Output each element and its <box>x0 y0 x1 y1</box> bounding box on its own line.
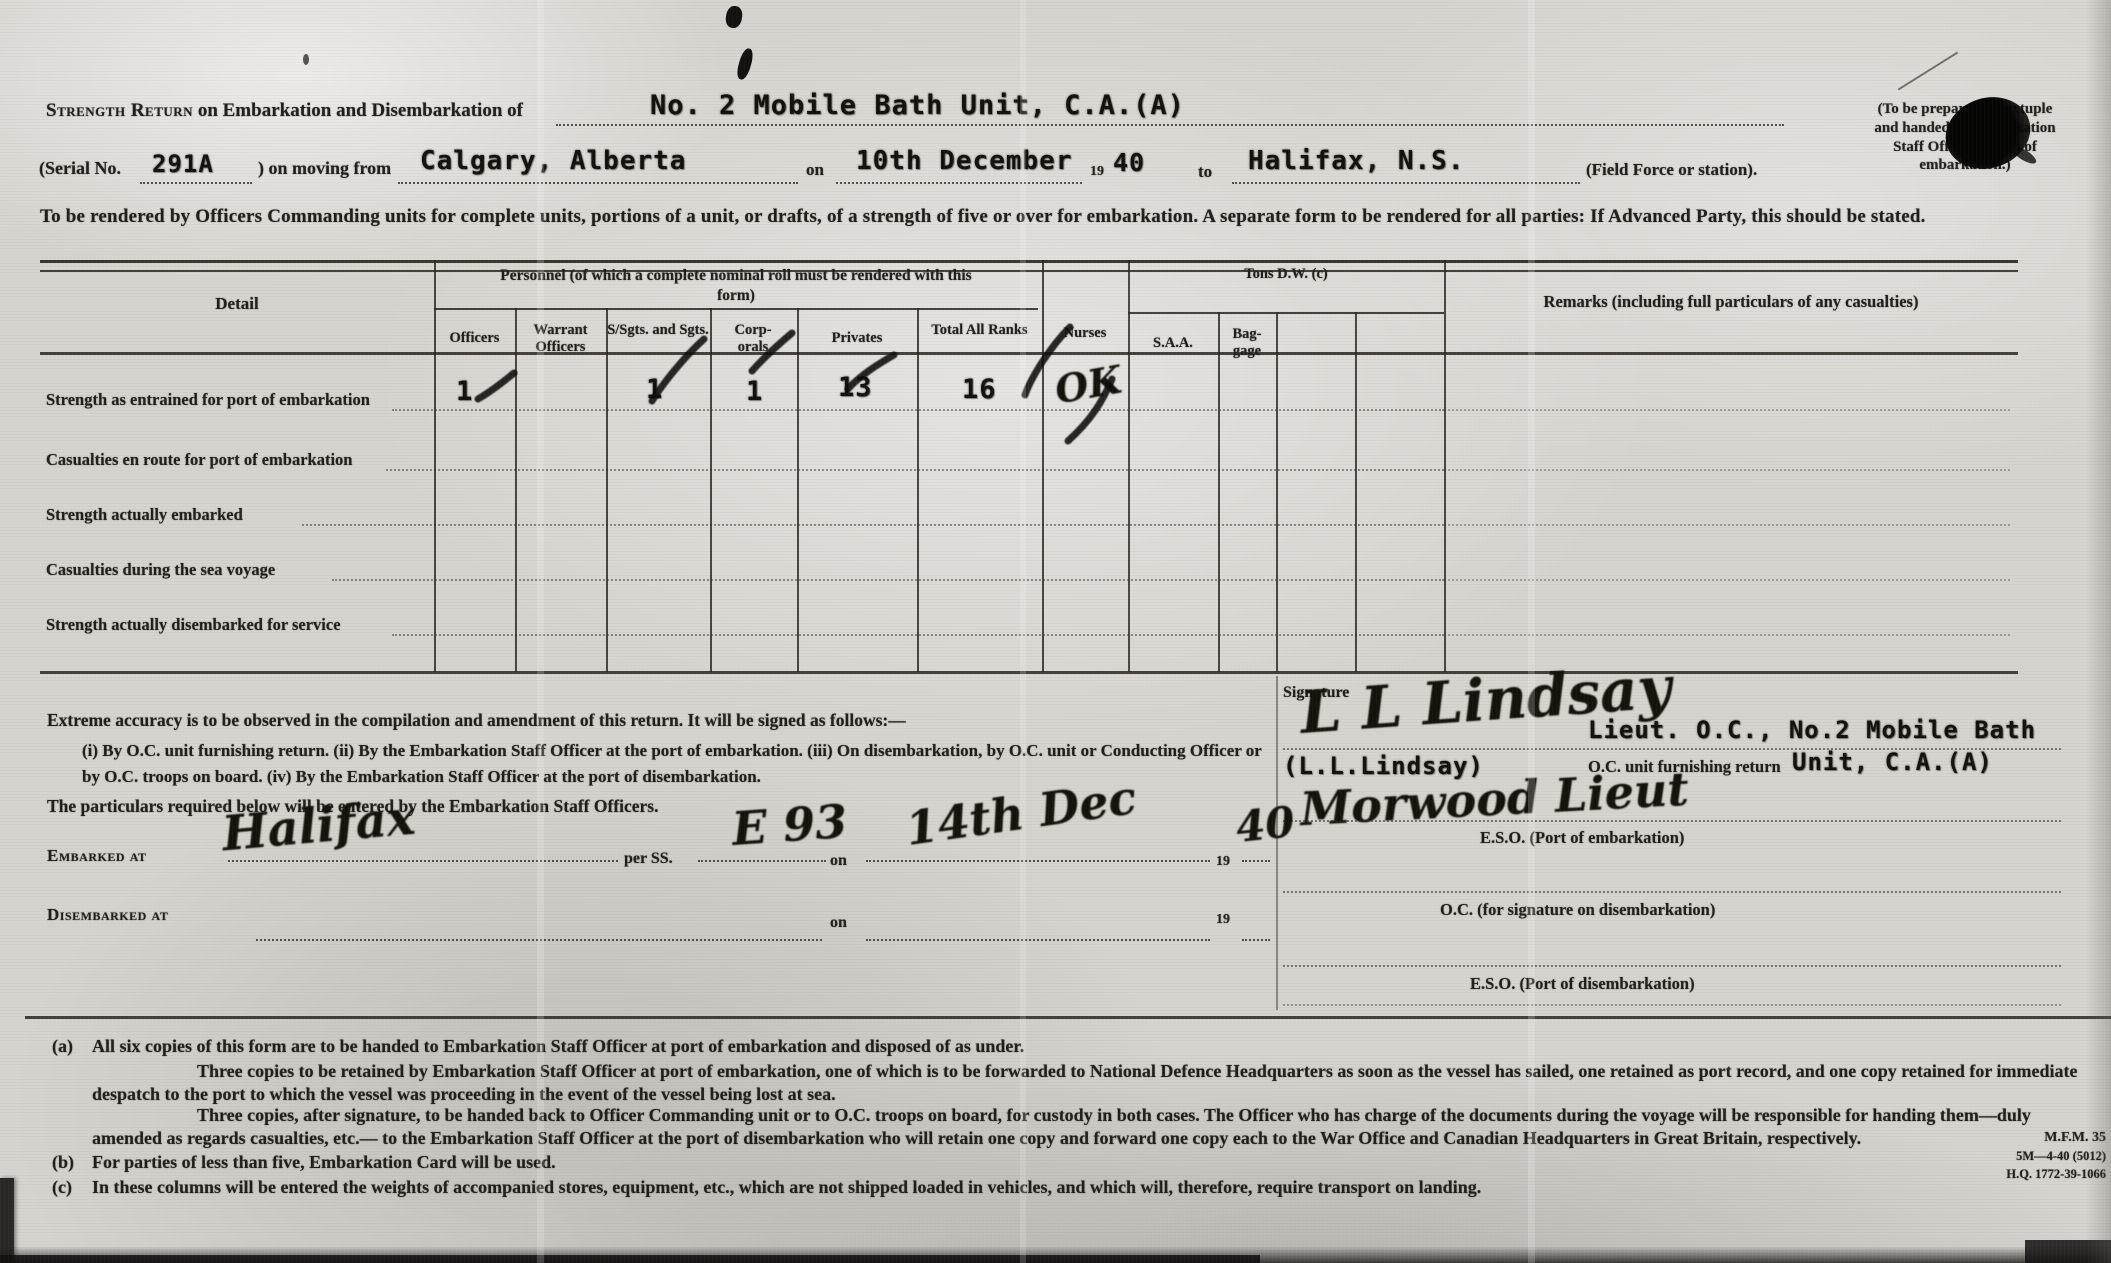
serial-dotted-rule <box>140 182 252 184</box>
signature-dotted-rule <box>1283 965 2061 967</box>
fold-line-artifact <box>537 0 544 1263</box>
serial-number-typed: 291A <box>152 150 214 178</box>
table-vline <box>606 308 608 672</box>
embark-dotted-rule <box>698 860 826 862</box>
row-label: Strength actually embarked <box>46 505 243 525</box>
total-value: 16 <box>962 374 997 405</box>
pen-scratch-artifact <box>1898 52 1958 91</box>
disembarked-at-label: Disembarked at <box>47 905 168 925</box>
move-date-typed: 10th December <box>856 146 1073 176</box>
footnote-c-text: In these columns will be entered the wei… <box>92 1177 2082 1198</box>
eso-embark-label: E.S.O. (Port of embarkation) <box>1480 828 1684 848</box>
embark-year-handwritten: 40 <box>1234 797 1297 852</box>
ship-handwritten: E 93 <box>730 794 849 856</box>
footnote-a-text: All six copies of this form are to be ha… <box>92 1036 2082 1057</box>
disembarked-on-label: on <box>830 914 847 932</box>
fold-line-artifact <box>1528 0 1535 1263</box>
table-vline <box>710 308 712 672</box>
per-ss-label: per SS. <box>624 850 673 868</box>
row-dotted-rule <box>392 634 1444 636</box>
row-dotted-rule <box>302 524 1444 526</box>
tons-dw-group-header: Tons D.W. (c) <box>1128 266 1444 283</box>
origin-dotted-rule <box>398 182 798 184</box>
disembark-dotted-rule <box>866 939 1210 941</box>
signature-dotted-rule <box>1283 891 2061 893</box>
form-ref-line2: 5M—4-40 (5012) <box>1930 1149 2106 1164</box>
eso-disembark-label: E.S.O. (Port of disembarkation) <box>1470 974 1695 994</box>
oc-title-typed-line2: Unit, C.A.(A) <box>1792 748 1993 776</box>
render-instructions: To be rendered by Officers Commanding un… <box>40 204 2078 229</box>
footnote-b-marker: (b) <box>52 1152 74 1173</box>
footnote-c-marker: (c) <box>52 1177 72 1198</box>
tons-group-underline <box>1128 312 1444 314</box>
row-label: Strength as entrained for port of embark… <box>46 390 370 410</box>
personnel-group-header: Personnel (of which a complete nominal r… <box>434 266 1038 306</box>
move-year-typed: 40 <box>1113 148 1145 177</box>
embark-year-printed: 19 <box>1216 854 1230 870</box>
table-vline <box>515 308 517 672</box>
ok-handwritten-annotation: OK <box>1052 357 1125 413</box>
officers-value: 1 <box>456 376 473 407</box>
sgts-value: 1 <box>646 374 663 405</box>
table-vline <box>1128 260 1130 672</box>
footnote-a-para2: Three copies, after signature, to be han… <box>92 1104 2082 1149</box>
officers-column-header: Officers <box>434 330 515 347</box>
destination-typed: Halifax, N.S. <box>1248 146 1465 176</box>
footnote-a-marker: (a) <box>52 1036 73 1057</box>
form-ref-line3: H.Q. 1772-39-1066 <box>1930 1167 2106 1182</box>
footnote-a-para1: Three copies to be retained by Embarkati… <box>92 1060 2082 1105</box>
unit-name-typed: No. 2 Mobile Bath Unit, C.A.(A) <box>650 90 1185 121</box>
field-force-label: (Field Force or station). <box>1586 160 1757 180</box>
oc-disembark-label: O.C. (for signature on disembarkation) <box>1440 900 1715 920</box>
origin-typed: Calgary, Alberta <box>420 146 686 176</box>
signature-dotted-rule <box>1283 820 2061 822</box>
on-label: on <box>806 160 824 180</box>
nurses-column-header: Nurses <box>1042 325 1128 342</box>
scan-speck-artifact <box>303 54 309 65</box>
serial-prefix-label: (Serial No. <box>39 158 121 179</box>
scan-bottom-band-artifact <box>0 1255 1260 1263</box>
table-vline <box>434 260 436 672</box>
corporals-value: 1 <box>746 376 763 407</box>
scan-blot-artifact <box>735 47 755 81</box>
table-vline <box>797 308 799 672</box>
table-vline <box>1218 312 1220 672</box>
embark-dotted-rule <box>866 860 1210 862</box>
embark-dotted-rule <box>228 860 618 862</box>
form-title-smallcaps: Strength Return <box>46 100 193 121</box>
table-vline <box>917 308 919 672</box>
disembark-year-printed: 19 <box>1216 912 1230 928</box>
date-dotted-rule <box>836 182 1082 184</box>
saa-column-header: S.A.A. <box>1128 335 1218 352</box>
signature-dotted-rule <box>1283 1004 2061 1006</box>
year-printed-label: 19 <box>1090 164 1104 180</box>
signature-dotted-rule <box>1283 748 2061 750</box>
embarked-on-label: on <box>830 852 847 870</box>
form-ref-line1: M.F.M. 35 <box>1930 1130 2106 1146</box>
detail-column-header: Detail <box>40 294 434 314</box>
row-label: Casualties during the sea voyage <box>46 560 275 580</box>
sgts-column-header: S/Sgts. and Sgts. <box>606 322 710 339</box>
title-dotted-rule <box>556 124 1784 126</box>
table-vline <box>1444 260 1446 672</box>
footnote-b-text: For parties of less than five, Embarkati… <box>92 1152 2082 1173</box>
accuracy-intro: Extreme accuracy is to be observed in th… <box>47 710 1272 731</box>
embark-dotted-rule <box>1242 860 1270 862</box>
table-header-bottom-rule <box>40 352 2018 355</box>
baggage-column-header: Bag-gage <box>1222 326 1272 359</box>
row-dotted-rule <box>332 579 1444 581</box>
row-dotted-rule <box>386 469 1444 471</box>
moving-from-label: ) on moving from <box>258 158 391 179</box>
to-label: to <box>1198 162 1212 182</box>
table-vline <box>1276 312 1278 672</box>
privates-value: 13 <box>838 372 873 403</box>
row-label: Strength actually disembarked for servic… <box>46 615 341 635</box>
warrant-officers-column-header: Warrant Officers <box>515 322 606 355</box>
table-bottom-rule <box>40 671 2018 674</box>
scanned-strength-return-form: Strength Return on Embarkation and Disem… <box>0 0 2111 1263</box>
form-title-line: Strength Return on Embarkation and Disem… <box>46 100 523 122</box>
embarked-at-label: Embarked at <box>47 846 147 866</box>
table-vline <box>1355 312 1357 672</box>
footnotes-separator-rule <box>25 1016 2111 1019</box>
personnel-group-underline <box>434 308 1038 310</box>
table-vline <box>1042 260 1044 672</box>
disembark-dotted-rule <box>1242 939 1270 941</box>
fold-line-artifact <box>1020 0 1026 1263</box>
row-label: Casualties en route for port of embarkat… <box>46 450 352 470</box>
form-title-rest: on Embarkation and Disembarkation of <box>193 100 523 121</box>
oc-title-typed-line1: Lieut. O.C., No.2 Mobile Bath <box>1588 716 2036 744</box>
privates-column-header: Privates <box>797 330 917 347</box>
scan-right-edge-shading <box>2086 0 2111 1263</box>
corporals-column-header: Corp-orals <box>723 322 783 355</box>
row-dotted-rule <box>392 409 1444 411</box>
scan-blot-artifact <box>724 5 744 29</box>
